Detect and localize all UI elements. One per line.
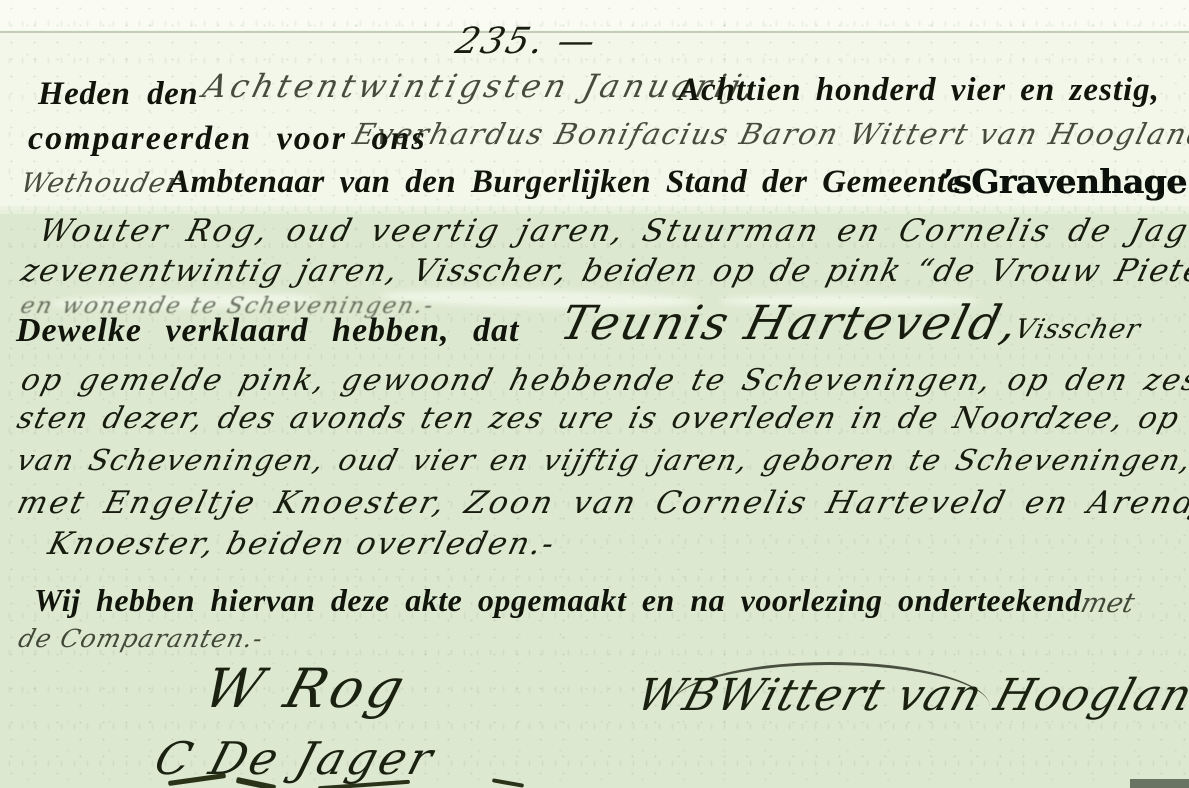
handwritten-witness-line-2: zevenentwintig jaren, Visscher, beiden o… (18, 256, 1189, 287)
form-text-ambtenaar: Ambtenaar van den Burgerlijken Stand der… (168, 166, 962, 199)
handwritten-body-line-4: met Engeltje Knoester, Zoon van Cornelis… (14, 488, 1189, 519)
form-text-dewelke: Dewelke verklaard hebben, dat (16, 314, 520, 348)
form-text-heden-den: Heden den (38, 78, 198, 111)
scan-corner-patch (1130, 779, 1189, 788)
handwritten-body-line-5: Knoester, beiden overleden.- (45, 529, 559, 560)
signature-official-wittert-van-hoogland: WBWittert van Hoogland (632, 674, 1189, 718)
handwritten-deceased-name: Teunis Harteveld, (556, 300, 1024, 347)
handwritten-deceased-occupation: Visscher (1012, 316, 1144, 343)
handwritten-body-line-2: sten dezer, des avonds ten zes ure is ov… (14, 404, 1189, 434)
handwritten-comparanten: de Comparanten.- (16, 626, 266, 651)
act-number: 235. — (452, 24, 601, 60)
form-text-closing: Wij hebben hiervan deze akte opgemaakt e… (34, 584, 1082, 616)
handwritten-body-line-1: op gemelde pink, gewoond hebbende te Sch… (18, 366, 1189, 396)
signature-witness-c-de-jager: C De Jager (150, 736, 440, 781)
handwritten-wethouder: Wethouder (18, 170, 183, 197)
handwritten-witness-line-1: Wouter Rog, oud veertig jaren, Stuurman … (36, 216, 1189, 247)
handwritten-met: met (1078, 590, 1137, 617)
handwritten-official-name: Everhardus Bonifacius Baron Wittert van … (350, 120, 1189, 149)
form-text-year: Achttien honderd vier en zestig, (678, 74, 1160, 107)
handwritten-body-line-3: van Scheveningen, oud vier en vijftig ja… (14, 446, 1189, 475)
printed-gravenhage: ’sGravenhage , (942, 165, 1189, 198)
death-certificate-scan: 235. — Heden den Achtentwintigsten Janua… (0, 0, 1189, 788)
cutoff-ink-mark (492, 778, 524, 787)
signature-witness-w-rog: W Rog (198, 662, 414, 716)
